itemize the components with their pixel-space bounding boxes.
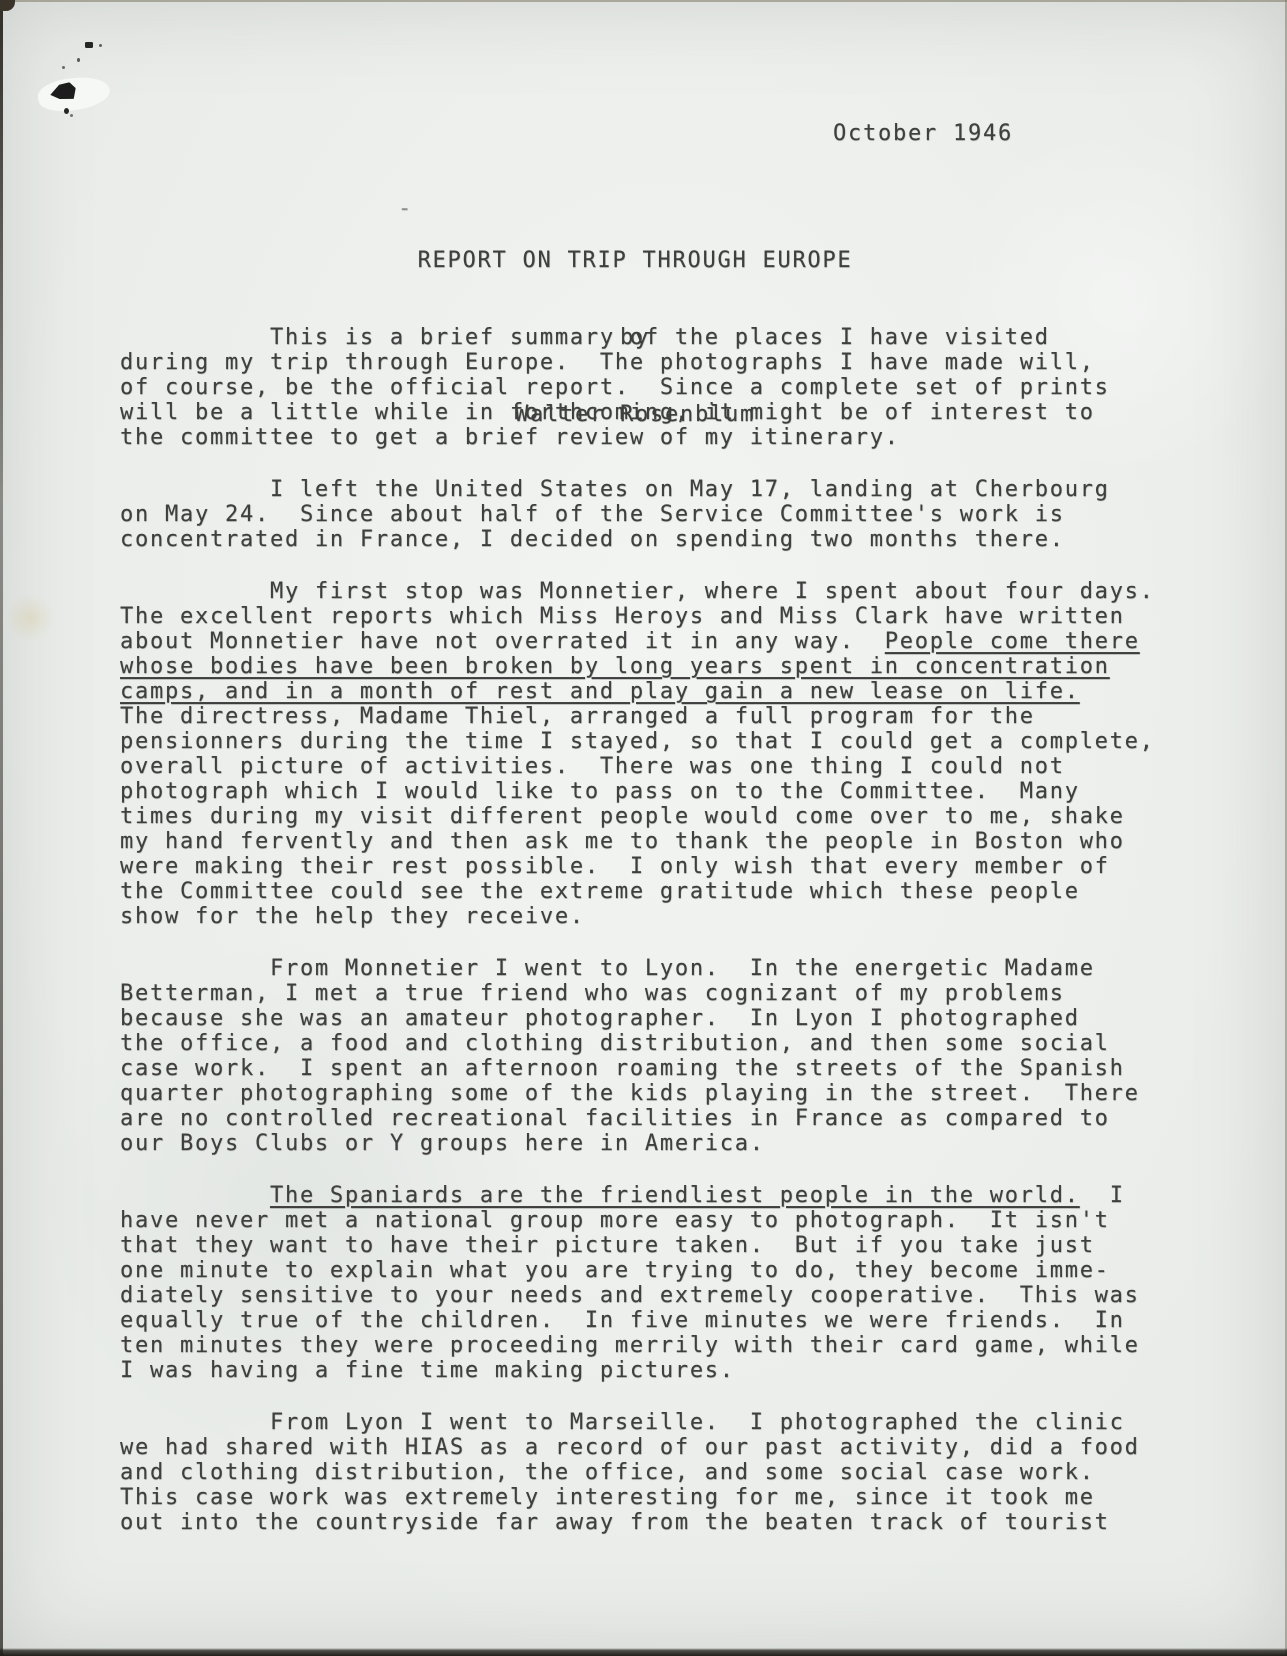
text-segment: The directress, Madame Thiel, arranged a… bbox=[120, 704, 1035, 729]
text-line: during my trip through Europe. The photo… bbox=[120, 350, 1155, 375]
ink-speck bbox=[77, 58, 80, 62]
text-line: This case work was extremely interesting… bbox=[120, 1485, 1155, 1510]
text-segment: concentrated in France, I decided on spe… bbox=[120, 527, 1065, 552]
text-line: that they want to have their picture tak… bbox=[120, 1233, 1155, 1258]
text-segment: the committee to get a brief review of m… bbox=[120, 425, 900, 450]
text-segment: and clothing distribution, the office, a… bbox=[120, 1460, 1095, 1485]
text-line: From Lyon I went to Marseille. I photogr… bbox=[120, 1410, 1155, 1435]
text-segment: The excellent reports which Miss Heroys … bbox=[120, 604, 1125, 629]
text-segment: I bbox=[1080, 1183, 1125, 1208]
text-line: show for the help they receive. bbox=[120, 904, 1155, 929]
scan-edge-top bbox=[0, 0, 1287, 2]
text-segment: out into the countryside far away from t… bbox=[120, 1510, 1110, 1535]
text-segment: I was having a fine time making pictures… bbox=[120, 1358, 735, 1383]
text-line: because she was an amateur photographer.… bbox=[120, 1006, 1155, 1031]
text-line: the Committee could see the extreme grat… bbox=[120, 879, 1155, 904]
text-line: have never met a national group more eas… bbox=[120, 1208, 1155, 1233]
document-page: October 1946 - REPORT ON TRIP THROUGH EU… bbox=[0, 0, 1287, 1656]
text-segment: my hand fervently and then ask me to tha… bbox=[120, 829, 1125, 854]
text-segment: of course, be the official report. Since… bbox=[120, 375, 1110, 400]
text-line: The excellent reports which Miss Heroys … bbox=[120, 604, 1155, 629]
text-segment: photograph which I would like to pass on… bbox=[120, 779, 1080, 804]
text-line: I left the United States on May 17, land… bbox=[120, 477, 1155, 502]
text-line: will be a little while in forthcoming, i… bbox=[120, 400, 1155, 425]
text-line: of course, be the official report. Since… bbox=[120, 375, 1155, 400]
text-line: camps, and in a month of rest and play g… bbox=[120, 679, 1155, 704]
text-line: on May 24. Since about half of the Servi… bbox=[120, 502, 1155, 527]
text-segment: our Boys Clubs or Y groups here in Ameri… bbox=[120, 1131, 765, 1156]
text-line: This is a brief summary of the places I … bbox=[120, 325, 1155, 350]
text-segment: Betterman, I met a true friend who was c… bbox=[120, 981, 1065, 1006]
text-segment: the Committee could see the extreme grat… bbox=[120, 879, 1080, 904]
text-segment: overall picture of activities. There was… bbox=[120, 754, 1065, 779]
text-line: one minute to explain what you are tryin… bbox=[120, 1258, 1155, 1283]
underlined-text: The Spaniards are the friendliest people… bbox=[270, 1183, 1080, 1208]
text-line: The Spaniards are the friendliest people… bbox=[120, 1183, 1155, 1208]
paragraph: The Spaniards are the friendliest people… bbox=[120, 1183, 1155, 1383]
text-segment: were making their rest possible. I only … bbox=[120, 854, 1110, 879]
ink-speck bbox=[64, 108, 69, 114]
text-segment: times during my visit different people w… bbox=[120, 804, 1125, 829]
document-date: October 1946 bbox=[833, 121, 1013, 146]
text-line: times during my visit different people w… bbox=[120, 804, 1155, 829]
text-segment: are no controlled recreational facilitie… bbox=[120, 1106, 1110, 1131]
text-segment: diately sensitive to your needs and extr… bbox=[120, 1283, 1140, 1308]
text-line: ten minutes they were proceeding merrily… bbox=[120, 1333, 1155, 1358]
text-line: Betterman, I met a true friend who was c… bbox=[120, 981, 1155, 1006]
paragraph: I left the United States on May 17, land… bbox=[120, 477, 1155, 552]
text-line: case work. I spent an afternoon roaming … bbox=[120, 1056, 1155, 1081]
ink-speck bbox=[99, 44, 102, 47]
text-line: are no controlled recreational facilitie… bbox=[120, 1106, 1155, 1131]
text-line: my hand fervently and then ask me to tha… bbox=[120, 829, 1155, 854]
text-segment: because she was an amateur photographer.… bbox=[120, 1006, 1080, 1031]
text-segment: I left the United States on May 17, land… bbox=[120, 477, 1110, 502]
text-segment: during my trip through Europe. The photo… bbox=[120, 350, 1095, 375]
text-segment: quarter photographing some of the kids p… bbox=[120, 1081, 1140, 1106]
scan-edge-left bbox=[0, 0, 3, 1656]
paragraph: My first stop was Monnetier, where I spe… bbox=[120, 579, 1155, 929]
text-line: the office, a food and clothing distribu… bbox=[120, 1031, 1155, 1056]
text-line: quarter photographing some of the kids p… bbox=[120, 1081, 1155, 1106]
text-segment: show for the help they receive. bbox=[120, 904, 585, 929]
text-segment: This case work was extremely interesting… bbox=[120, 1485, 1095, 1510]
text-line: equally true of the children. In five mi… bbox=[120, 1308, 1155, 1333]
text-segment: ten minutes they were proceeding merrily… bbox=[120, 1333, 1140, 1358]
text-segment: on May 24. Since about half of the Servi… bbox=[120, 502, 1065, 527]
text-segment: about Monnetier have not overrated it in… bbox=[120, 629, 885, 654]
ink-speck bbox=[70, 114, 73, 117]
text-segment: case work. I spent an afternoon roaming … bbox=[120, 1056, 1125, 1081]
ink-speck bbox=[62, 66, 65, 69]
text-line: were making their rest possible. I only … bbox=[120, 854, 1155, 879]
paragraph: From Monnetier I went to Lyon. In the en… bbox=[120, 956, 1155, 1156]
document-body: This is a brief summary of the places I … bbox=[120, 325, 1155, 1562]
scan-edge-bottom bbox=[0, 1648, 1287, 1656]
text-segment: From Monnetier I went to Lyon. In the en… bbox=[120, 956, 1095, 981]
text-line: My first stop was Monnetier, where I spe… bbox=[120, 579, 1155, 604]
report-title: REPORT ON TRIP THROUGH EUROPE bbox=[120, 248, 1150, 273]
text-segment: one minute to explain what you are tryin… bbox=[120, 1258, 1110, 1283]
scan-corner-mark bbox=[0, 0, 15, 11]
text-line: I was having a fine time making pictures… bbox=[120, 1358, 1155, 1383]
text-line: about Monnetier have not overrated it in… bbox=[120, 629, 1155, 654]
text-segment: This is a brief summary of the places I … bbox=[120, 325, 1050, 350]
underlined-text: camps, and in a month of rest and play g… bbox=[120, 679, 1080, 704]
text-line: From Monnetier I went to Lyon. In the en… bbox=[120, 956, 1155, 981]
text-segment: From Lyon I went to Marseille. I photogr… bbox=[120, 1410, 1125, 1435]
text-segment: the office, a food and clothing distribu… bbox=[120, 1031, 1110, 1056]
text-line: and clothing distribution, the office, a… bbox=[120, 1460, 1155, 1485]
text-line: concentrated in France, I decided on spe… bbox=[120, 527, 1155, 552]
text-line: we had shared with HIAS as a record of o… bbox=[120, 1435, 1155, 1460]
underlined-text: People come there bbox=[885, 629, 1140, 654]
text-line: the committee to get a brief review of m… bbox=[120, 425, 1155, 450]
text-segment: that they want to have their picture tak… bbox=[120, 1233, 1095, 1258]
underlined-text: whose bodies have been broken by long ye… bbox=[120, 654, 1110, 679]
text-segment: My first stop was Monnetier, where I spe… bbox=[120, 579, 1155, 604]
text-line: pensionners during the time I stayed, so… bbox=[120, 729, 1155, 754]
text-segment: have never met a national group more eas… bbox=[120, 1208, 1110, 1233]
ink-speck bbox=[85, 42, 93, 48]
text-segment: we had shared with HIAS as a record of o… bbox=[120, 1435, 1140, 1460]
paragraph: From Lyon I went to Marseille. I photogr… bbox=[120, 1410, 1155, 1535]
text-line: The directress, Madame Thiel, arranged a… bbox=[120, 704, 1155, 729]
text-segment: pensionners during the time I stayed, so… bbox=[120, 729, 1155, 754]
text-line: overall picture of activities. There was… bbox=[120, 754, 1155, 779]
text-line: our Boys Clubs or Y groups here in Ameri… bbox=[120, 1131, 1155, 1156]
text-line: photograph which I would like to pass on… bbox=[120, 779, 1155, 804]
paragraph: This is a brief summary of the places I … bbox=[120, 325, 1155, 450]
text-segment: will be a little while in forthcoming, i… bbox=[120, 400, 1095, 425]
text-segment: equally true of the children. In five mi… bbox=[120, 1308, 1125, 1333]
text-line: whose bodies have been broken by long ye… bbox=[120, 654, 1155, 679]
text-segment bbox=[120, 1183, 270, 1208]
text-line: out into the countryside far away from t… bbox=[120, 1510, 1155, 1535]
text-line: diately sensitive to your needs and extr… bbox=[120, 1283, 1155, 1308]
